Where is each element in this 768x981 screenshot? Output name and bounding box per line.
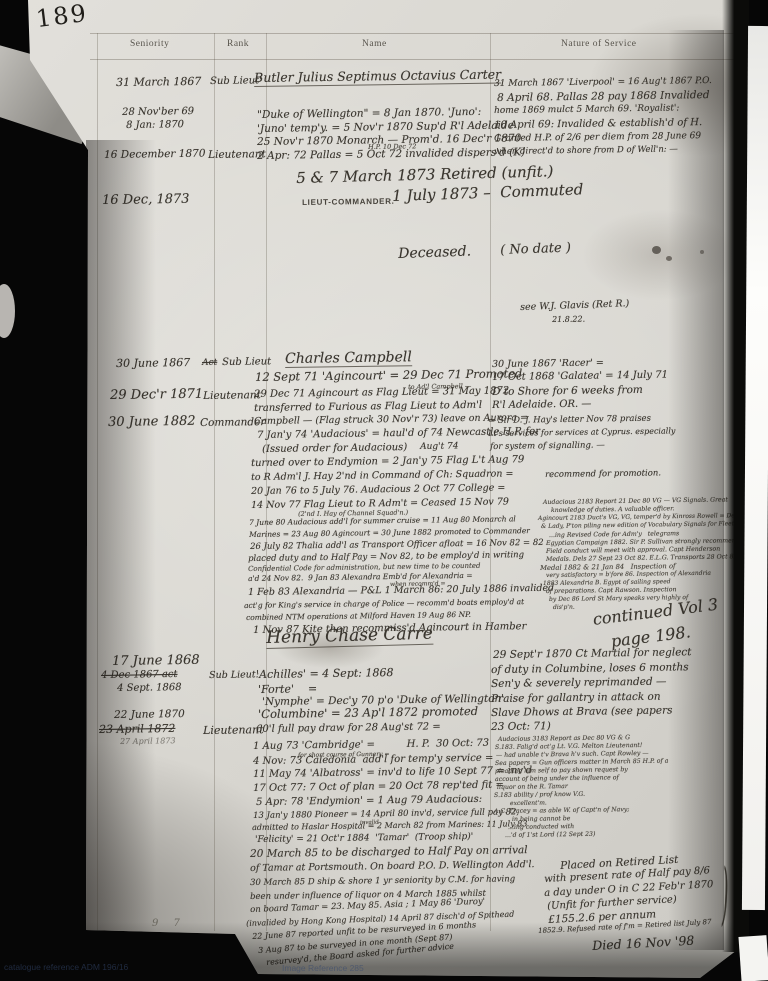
carre-seniority-struck: 23 April 1872 [99, 723, 175, 735]
campbell-rank: Sub Lieut [222, 357, 271, 368]
campbell-service-right: 30 June 1867 'Racer' = [492, 358, 604, 369]
campbell-service-entry: 7 June 80 Audacious add'l for summer cru… [249, 515, 516, 526]
image-reference-watermark: Image Reference 285 [282, 963, 364, 973]
campbell-service-entry: (Issued order for Audacious) [262, 443, 407, 455]
column-header-name: Name [362, 39, 387, 49]
campbell-service-entry: 29 Dec 71 Agincourt as Flag Lieut = 31 M… [254, 386, 509, 400]
column-rule-left [97, 33, 98, 931]
campbell-service-entry: act'g for King's service in charge of Po… [244, 598, 524, 609]
butler-service-note: 21.8.22. [552, 316, 585, 324]
campbell-service-right: D to Shore for 6 weeks from [492, 385, 643, 398]
campbell-service-right: 17 Oct 1868 'Galatea' = 14 July 71 [492, 371, 668, 383]
campbell-seniority-date: 30 June 1882 [108, 415, 196, 429]
page-number: 189 [34, 0, 89, 33]
butler-service-right: 8 April 68. Pallas 28 pay 1868 Invalided [497, 90, 710, 103]
campbell-rank-struck: Act [202, 359, 217, 368]
column-header-nature-of-service: Nature of Service [561, 39, 637, 49]
butler-officer-name: Butler Julius Septimus Octavius Carter [254, 69, 501, 87]
ink-blot [652, 246, 661, 254]
catalogue-reference-watermark: catalogue reference ADM 196/16 [4, 962, 128, 972]
column-rule-seniority-rank [214, 33, 215, 931]
carre-service-entry: 30 March 85 D ship & shore 1 yr seniorit… [250, 875, 515, 887]
campbell-annotation: dis'p'n. [553, 605, 575, 611]
carre-annotation: account of being under the influence of [495, 775, 619, 783]
pencil-mark: 9 7 [152, 918, 186, 929]
carre-service-right: of duty in Columbine, loses 6 months [491, 662, 689, 675]
carre-service-entry: 5 Apr: 78 'Endymion' = 1 Aug 79 Audaciou… [256, 795, 482, 808]
column-header-rank: Rank [227, 39, 249, 49]
butler-rank-stamp: LIEUT-COMMANDER. [302, 198, 395, 207]
carre-service-entry: 60'l full pay draw for 28 Aug'st 72 = [256, 722, 441, 735]
carre-annotation: in being cannot be [512, 816, 570, 823]
campbell-service-entry: 12 Sept 71 'Agincourt' = 29 Dec 71 Promo… [255, 368, 522, 383]
campbell-seniority-date: 29 Dec'r 1871 [110, 388, 203, 402]
carre-officer-name: Henry Chase Carre [266, 626, 433, 649]
carre-annotation: A.C. Tracey = as able W. of Capt'n of Na… [494, 807, 629, 815]
column-header-seniority: Seniority [130, 39, 169, 49]
butler-seniority-date: 8 Jan: 1870 [126, 120, 184, 131]
carre-service-entry: 'Achilles' = 4 Sept: 1868 [256, 667, 393, 680]
page-curl-shadow [668, 30, 724, 950]
butler-service-entry: 2 Apr: 72 Pallas = 5 Oct 72 invalided di… [257, 147, 525, 161]
campbell-service-right: for system of signalling. — [490, 441, 605, 451]
butler-service-right: 31 March 1867 'Liverpool' = 16 Aug't 186… [494, 77, 712, 89]
carre-seniority-date: 4 Sept. 1868 [117, 683, 182, 694]
carre-service-entry: 20 March 85 to be discharged to Half Pay… [250, 845, 528, 859]
carre-service-entry: 13 Jan'y 1880 Pioneer = 14 April 80 inv'… [253, 808, 519, 820]
carre-service-entry: 'Forte' = [258, 683, 317, 695]
carre-service-entry: 17 Oct 77: 7 Oct of plan = 20 Oct 78 rep… [253, 780, 504, 794]
campbell-service-entry: combined NTM operations at Milford Haven… [246, 611, 471, 622]
carre-death-note: Died 16 Nov '98 [592, 935, 695, 953]
campbell-service-entry: to R Adm'l J. Hay 2'nd in Command of Ch:… [251, 469, 514, 482]
campbell-service-entry: placed duty and to Half Pay = Nov 82, to… [248, 551, 524, 563]
butler-service-right: 10 April 69: Invalided & establish'd of … [494, 118, 702, 131]
document-scan: 189 Seniority Rank Name Nature of Servic… [0, 0, 768, 981]
butler-service-right: Granted H.P. of 2/6 per diem from 28 Jun… [494, 132, 701, 144]
carre-seniority-struck: 4 Dec 1867 act [101, 670, 178, 681]
carre-service-right: 29 Sept'r 1870 Ct Martial for neglect [493, 647, 692, 660]
butler-service-right: when direct'd to shore from D of Well'n:… [494, 145, 678, 156]
campbell-officer-name: Charles Campbell [285, 350, 412, 368]
butler-service-right: home 1869 mulct 5 March 69. 'Royalist': [494, 104, 679, 116]
campbell-service-right: R'l Adelaide. OR. — [492, 400, 591, 411]
carre-rank: Lieutenant [203, 724, 264, 736]
carre-seniority-date: 27 April 1873 [120, 737, 176, 746]
header-rule-bottom [90, 59, 740, 60]
carre-service-right: Slave Dhows at Brava (see papers [491, 705, 673, 718]
butler-service-entry: Deceased. [398, 244, 471, 261]
carre-annotation: ...'d of 1'st Lord (12 Sept 23) [505, 832, 595, 839]
ink-blot [666, 256, 672, 261]
campbell-service-note: Aug't 74 [420, 442, 459, 452]
carre-service-entry: 4 Nov: 73 Caledonia add'l for temp'y ser… [253, 754, 493, 767]
campbell-service-entry: 1 Feb 83 Alexandria — P&L 1 March 86: 20… [248, 584, 554, 598]
header-rule-top [90, 33, 740, 34]
campbell-service-entry: Marines = 23 Aug 80 Agincourt = 30 June … [249, 527, 530, 538]
campbell-rank: Lieutenant [203, 390, 261, 401]
butler-seniority-date: 31 March 1867 [116, 76, 201, 88]
next-page-corner [738, 935, 768, 981]
campbell-service-right: Lt's services for services at Cyprus. es… [488, 427, 675, 438]
carre-service-entry: 'Felicity' = 21 Oct'r 1884 'Tamar' (Troo… [255, 833, 473, 845]
carre-rank: Sub Lieut: [209, 670, 259, 680]
carre-service-right: Praise for gallantry in attack on [491, 692, 661, 705]
campbell-service-right: recommend for promotion. [545, 469, 661, 479]
carre-annotation: excellent'm. [510, 800, 547, 807]
carre-service-entry: 'Columbine' = 23 Ap'l 1872 promoted [258, 706, 478, 721]
carre-service-entry: of Tamar at Portsmouth. On board P.O. D.… [250, 860, 535, 873]
butler-service-entry: "Duke of Wellington" = 8 Jan 1870. 'Juno… [257, 107, 481, 121]
campbell-service-entry: transferred to Furious as Flag Lieut to … [254, 401, 482, 414]
butler-seniority-date: 16 December 1870 [104, 149, 206, 161]
campbell-service-entry: 20 Jan 76 to 5 July 76. Audacious 2 Oct … [251, 483, 505, 496]
carre-service-entry: admitted to Haslar Hospital = 2 March 82… [252, 820, 527, 832]
carre-annotation: ...ing conducted with [508, 824, 574, 831]
ink-blot [700, 250, 704, 254]
carre-seniority-date: 22 June 1870 [114, 709, 185, 720]
carre-service-right: 23 Oct: 71) [491, 721, 551, 732]
butler-service-entry: 1 July 1873 – Commuted [392, 182, 584, 204]
butler-seniority-date: 16 Dec, 1873 [102, 193, 190, 207]
butler-service-note: see W.J. Glavis (Ret R.) [520, 299, 629, 312]
campbell-annotation: & Lady, P'ton piling new edition of Voca… [541, 521, 736, 530]
carre-annotation: S.183 ability / prof know V.G. [494, 792, 585, 799]
campbell-seniority-date: 30 June 1867 [116, 357, 190, 369]
register-page: 189 Seniority Rank Name Nature of Servic… [0, 0, 768, 981]
carre-seniority-date: 17 June 1868 [112, 654, 200, 668]
butler-seniority-date: 28 Nov'ber 69 [122, 107, 194, 118]
butler-service-note: ( No date ) [500, 242, 571, 257]
campbell-annotation: very satisfactory = b'fore 86. Inspectio… [546, 571, 711, 579]
paper-edge-blob [0, 284, 15, 338]
campbell-service-entry: turned over to Endymion = 2 Jan'y 75 Fla… [251, 455, 524, 469]
carre-service-right: Sen'y & severely reprimanded — [491, 677, 667, 690]
campbell-service-right: = Sir D. J. Hay's letter Nov 78 praises [488, 415, 651, 426]
